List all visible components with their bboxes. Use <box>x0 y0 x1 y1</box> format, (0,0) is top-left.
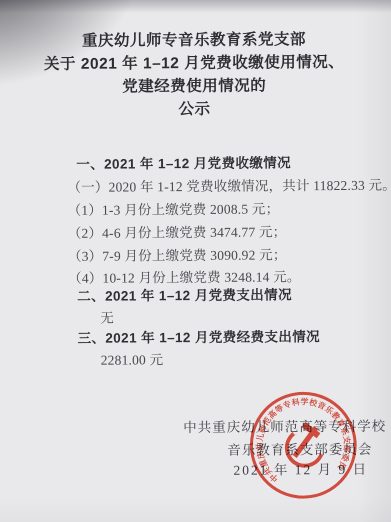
seal-arc-text: 中共重庆幼儿师范高等专科学校音乐教育系支部委员会 <box>228 370 357 489</box>
hammer-and-sickle-icon <box>281 420 325 470</box>
official-seal-stamp: 中共重庆幼儿师范高等专科学校音乐教育系支部委员会 <box>228 370 378 520</box>
document-sheet: 重庆幼儿师专音乐教育系党支部 关于 2021 年 1–12 月党费收缴使用情况、… <box>0 0 391 522</box>
dues-q3-line: （3）7-9 月份上缴党费 3090.92 元； <box>68 243 287 265</box>
dues-q1-line: （1）1-3 月份上缴党费 2008.5 元； <box>68 197 280 218</box>
title-line-4: 公示 <box>0 96 390 121</box>
seal-graphic: 中共重庆幼儿师范高等专科学校音乐教育系支部委员会 <box>228 370 378 520</box>
title-line-3: 党建经费使用情况的 <box>0 73 390 98</box>
section-2-value: 无 <box>100 307 114 327</box>
section-3-value: 2281.00 元 <box>101 348 164 368</box>
title-line-2: 关于 2021 年 1–12 月党费收缴使用情况、 <box>0 50 390 75</box>
dues-q2-line: （2）4-6 月份上缴党费 3474.77 元； <box>68 220 287 242</box>
section-1-summary: （一）2020 年 1-12 党费收缴情况，共计 11822.33 元。 <box>67 174 391 196</box>
scanned-notice-page: { "page": { "paper_color": "#e9e9eb", "s… <box>0 0 391 522</box>
section-3-heading: 三、2021 年 1–12 月党费经费支出情况 <box>77 325 320 347</box>
section-1-heading: 一、2021 年 1–12 月党费收缴情况 <box>76 151 291 172</box>
section-2-heading: 二、2021 年 1–12 月党费支出情况 <box>77 283 292 304</box>
title-line-1: 重庆幼儿师专音乐教育系党支部 <box>0 27 390 52</box>
